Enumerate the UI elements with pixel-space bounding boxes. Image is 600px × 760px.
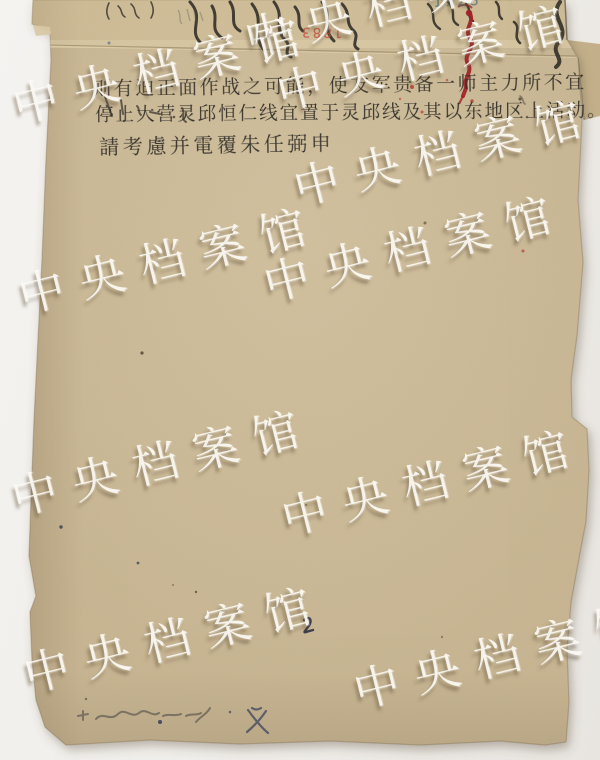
blue-serial-stamp: 1928 <box>433 0 482 11</box>
red-serial-stamp: 1883 <box>300 24 343 41</box>
handwriting-line-2: 停止大营灵邱恒仁线宜置于灵邱线及其以东地区上活动。 <box>95 97 600 127</box>
handwriting-line-3: 請考慮并電覆朱任弼申 <box>99 127 334 160</box>
archival-document-scan: 则有迫正面作战之可能，使友军贵备一师主力所不宜 停止大营灵邱恒仁线宜置于灵邱线及… <box>0 0 600 760</box>
